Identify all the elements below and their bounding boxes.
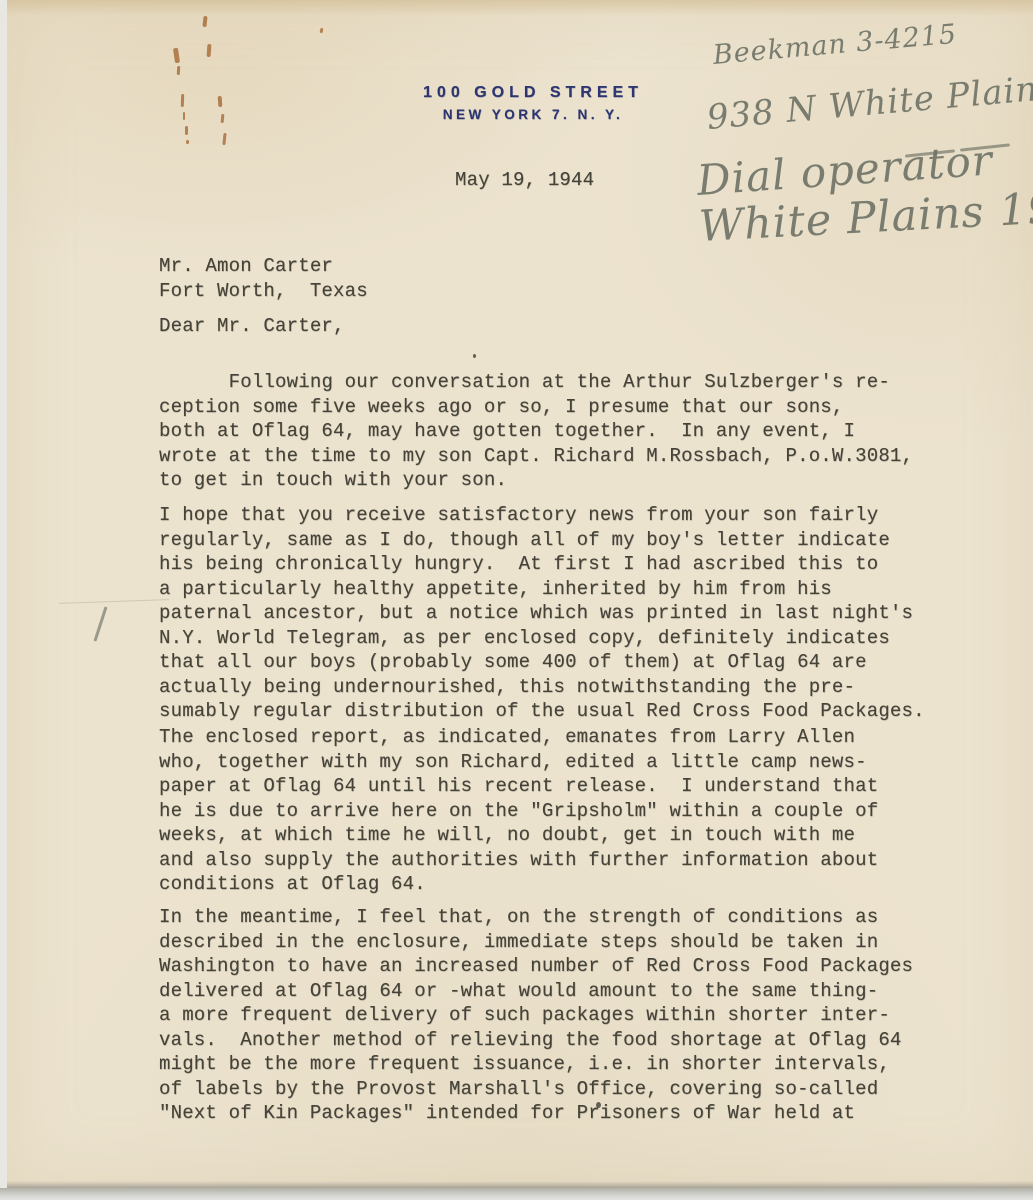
handwritten-phone-number: Beekman 3-4215 [712, 19, 959, 71]
rust-stain [186, 140, 189, 144]
letter-paper: 100 GOLD STREET NEW YORK 7. N. Y. May 19… [7, 0, 1033, 1188]
ink-speck [473, 354, 476, 358]
rust-stain [320, 28, 324, 33]
rust-stain [181, 94, 184, 107]
date-line: May 19, 1944 [455, 168, 594, 193]
scanned-letter: 100 GOLD STREET NEW YORK 7. N. Y. May 19… [0, 0, 1033, 1200]
handwritten-street-address: 938 N White Plains [705, 68, 1033, 138]
rust-stain [207, 44, 212, 57]
rust-stain [202, 16, 207, 27]
paragraph-3: The enclosed report, as indicated, emana… [159, 725, 969, 897]
letterhead-street: 100 GOLD STREET [347, 84, 719, 102]
paragraph-2: I hope that you receive satisfactory new… [159, 503, 969, 724]
letterhead: 100 GOLD STREET NEW YORK 7. N. Y. [347, 84, 719, 122]
rust-stain [177, 66, 180, 75]
paper-crease [59, 599, 169, 604]
rust-stain [173, 48, 180, 64]
letterhead-city: NEW YORK 7. N. Y. [347, 107, 719, 122]
salutation: Dear Mr. Carter, [159, 314, 345, 339]
rust-stain [222, 133, 226, 145]
paragraph-4: In the meantime, I feel that, on the str… [159, 905, 969, 1126]
recipient-address: Mr. Amon Carter Fort Worth, Texas [159, 254, 368, 303]
pencil-check-mark [94, 606, 108, 641]
rust-stain [218, 96, 223, 107]
scan-bottom-edge [0, 1188, 1033, 1200]
rust-stain [221, 114, 225, 123]
paragraph-1: Following our conversation at the Arthur… [159, 370, 969, 493]
rust-stain [183, 112, 185, 120]
rust-stain [185, 126, 188, 135]
